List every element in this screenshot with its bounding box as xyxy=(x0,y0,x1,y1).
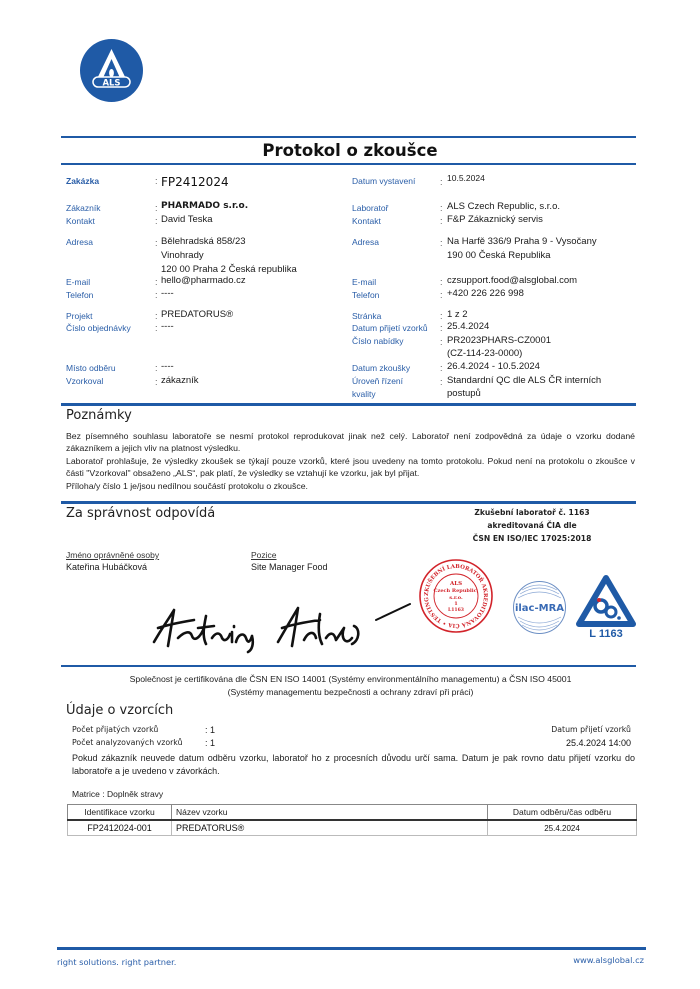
sampling-date: 25.4.2024 xyxy=(488,820,637,836)
address-label: Adresa xyxy=(66,237,93,247)
order-number-value: ---- xyxy=(161,320,174,334)
colon: : xyxy=(440,238,443,248)
lab-address-label: Adresa xyxy=(352,237,379,247)
laboratory-value: ALS Czech Republic, s.r.o. xyxy=(447,200,560,214)
certification-line: (Systémy managementu bezpečnosti a ochra… xyxy=(66,686,635,699)
order-label: Zakázka xyxy=(66,176,99,186)
address-line: Bělehradská 858/23 xyxy=(161,235,246,249)
accreditation-text: Zkušební laboratoř č. 1163 akreditovaná … xyxy=(452,506,612,545)
table-header-row: Identifikace vzorku Název vzorku Datum o… xyxy=(68,805,637,821)
test-date-label: Datum zkoušky xyxy=(352,363,410,373)
offer-number-value: PR2023PHARS-CZ0001 xyxy=(447,334,551,348)
sampled-by-label: Vzorkoval xyxy=(66,376,103,386)
offer-number-sub: (CZ-114-23-0000) xyxy=(447,347,522,361)
samples-heading: Údaje o vzorcích xyxy=(66,703,173,718)
svg-text:ilac-MRA: ilac-MRA xyxy=(515,603,564,614)
colon: : xyxy=(440,337,443,347)
notes-paragraph: Laboratoř prohlašuje, že výsledky zkouše… xyxy=(66,455,635,479)
sample-id: FP2412024-001 xyxy=(68,820,172,836)
footer-website-link[interactable]: www.alsglobal.cz xyxy=(573,955,644,965)
order-number: FP2412024 xyxy=(161,175,229,189)
column-header: Datum odběru/čas odběru xyxy=(488,805,637,821)
lab-contact-value: F&P Zákaznický servis xyxy=(447,213,543,227)
accreditation-line: ČSN EN ISO/IEC 17025:2018 xyxy=(452,532,612,545)
qc-level-value: Standardní QC dle ALS ČR interních xyxy=(447,374,601,388)
colon: : xyxy=(440,323,443,333)
receipt-datetime-label: Datum přijetí vzorků xyxy=(551,725,631,734)
colon: : xyxy=(440,216,443,226)
divider xyxy=(61,136,636,138)
analyzed-count: 1 xyxy=(210,738,215,748)
colon: : xyxy=(155,277,158,287)
colon: : xyxy=(155,238,158,248)
phone-value: ---- xyxy=(161,287,174,301)
lab-phone-label: Telefon xyxy=(352,290,379,300)
page-label: Stránka xyxy=(352,311,381,321)
colon: : xyxy=(440,377,443,387)
received-count-label: Počet přijatých vzorků xyxy=(72,725,158,734)
colon: : xyxy=(155,216,158,226)
svg-text:Czech Republic,: Czech Republic, xyxy=(434,588,479,594)
signature xyxy=(148,598,418,656)
contact-label: Kontakt xyxy=(66,216,95,226)
divider xyxy=(61,163,636,165)
footer-divider xyxy=(57,947,646,950)
analyzed-count-value: : 1 xyxy=(205,738,215,748)
qc-level-label: kvality xyxy=(352,389,376,399)
colon: : xyxy=(440,290,443,300)
colon: : xyxy=(440,177,443,187)
lab-phone-value: +420 226 226 998 xyxy=(447,287,524,301)
als-logo: ALS xyxy=(80,39,143,102)
svg-text:ALS: ALS xyxy=(449,581,462,587)
column-header: Identifikace vzorku xyxy=(68,805,172,821)
customer-label: Zákazník xyxy=(66,203,101,213)
qc-level-label: Úroveň řízení xyxy=(352,376,403,386)
sampling-place-value: ---- xyxy=(161,360,174,374)
position-value: Site Manager Food xyxy=(251,561,328,575)
divider xyxy=(61,665,636,667)
colon: : xyxy=(155,323,158,333)
colon: : xyxy=(155,311,158,321)
svg-text:L 1163: L 1163 xyxy=(589,628,622,640)
person-label: Jméno oprávněné osoby xyxy=(66,550,159,560)
received-count: 1 xyxy=(210,725,215,735)
analyzed-count-label: Počet analyzovaných vzorků xyxy=(72,738,183,747)
sample-name: PREDATORUS® xyxy=(172,820,488,836)
lab-contact-label: Kontakt xyxy=(352,216,381,226)
issue-date-label: Datum vystavení xyxy=(352,176,415,186)
address-line: Vinohrady xyxy=(161,249,204,263)
matrix-label: Matrice : Doplněk stravy xyxy=(72,789,163,799)
sampled-by-value: zákazník xyxy=(161,374,199,388)
colon: : xyxy=(440,203,443,213)
received-count-value: : 1 xyxy=(205,725,215,735)
svg-text:ALS: ALS xyxy=(102,78,120,88)
colon: : xyxy=(155,363,158,373)
divider xyxy=(61,403,636,406)
svg-text:1: 1 xyxy=(454,601,457,607)
certification-text: Společnost je certifikována dle ČSN EN I… xyxy=(66,673,635,698)
svg-text:L1163: L1163 xyxy=(448,607,464,613)
certification-line: Společnost je certifikována dle ČSN EN I… xyxy=(66,673,635,686)
colon: : xyxy=(440,277,443,287)
lab-address-line: Na Harfě 336/9 Praha 9 - Vysočany xyxy=(447,235,597,249)
receipt-datetime-value: 25.4.2024 14:00 xyxy=(566,738,631,748)
laboratory-label: Laboratoř xyxy=(352,203,388,213)
email-label: E-mail xyxy=(66,277,90,287)
test-date-value: 26.4.2024 - 10.5.2024 xyxy=(447,360,540,374)
lab-address-line: 190 00 Česká Republika xyxy=(447,249,551,263)
footer-slogan: right solutions. right partner. xyxy=(57,957,176,967)
column-header: Název vzorku xyxy=(172,805,488,821)
customer-name: PHARMADO s.r.o. xyxy=(161,200,248,214)
position-label: Pozice xyxy=(251,550,277,560)
contact-value: David Teska xyxy=(161,213,213,227)
notes-heading: Poznámky xyxy=(66,408,132,423)
person-name: Kateřina Hubáčková xyxy=(66,561,147,575)
lab-email-label: E-mail xyxy=(352,277,376,287)
table-row: FP2412024-001 PREDATORUS® 25.4.2024 xyxy=(68,820,637,836)
notes-paragraph: Bez písemného souhlasu laboratoře se nes… xyxy=(66,430,635,454)
accreditation-line: Zkušební laboratoř č. 1163 xyxy=(452,506,612,519)
divider xyxy=(61,501,636,504)
receipt-date-label: Datum přijetí vzorků xyxy=(352,323,428,333)
colon: : xyxy=(440,363,443,373)
phone-label: Telefon xyxy=(66,290,93,300)
order-number-label: Číslo objednávky xyxy=(66,323,131,333)
ilac-mra-logo: ilac-MRA xyxy=(512,580,567,635)
responsibility-heading: Za správnost odpovídá xyxy=(66,506,215,521)
lab-email-link[interactable]: czsupport.food@alsglobal.com xyxy=(447,274,577,288)
accreditation-stamp: ZKUŠEBNÍ LABORATOŘ AKREDITOVANÁ ČIA • TE… xyxy=(418,558,494,634)
colon: : xyxy=(155,176,158,186)
notes-paragraph: Příloha/y číslo 1 je/jsou nedílnou součá… xyxy=(66,480,635,492)
colon: : xyxy=(440,311,443,321)
email-link[interactable]: hello@pharmado.cz xyxy=(161,274,246,288)
accreditation-line: akreditovaná ČIA dle xyxy=(452,519,612,532)
offer-number-label: Číslo nabídky xyxy=(352,336,404,346)
issue-date-value: 10.5.2024 xyxy=(447,172,485,186)
qc-level-value: postupů xyxy=(447,387,481,401)
samples-table: Identifikace vzorku Název vzorku Datum o… xyxy=(67,804,637,836)
colon: : xyxy=(155,203,158,213)
receipt-date-value: 25.4.2024 xyxy=(447,320,489,334)
project-label: Projekt xyxy=(66,311,92,321)
colon: : xyxy=(155,377,158,387)
page-title: Protokol o zkoušce xyxy=(0,141,700,160)
sampling-place-label: Místo odběru xyxy=(66,363,116,373)
samples-note: Pokud zákazník neuvede datum odběru vzor… xyxy=(72,752,635,778)
cia-accreditation-logo: L 1163 xyxy=(575,574,637,640)
colon: : xyxy=(155,290,158,300)
